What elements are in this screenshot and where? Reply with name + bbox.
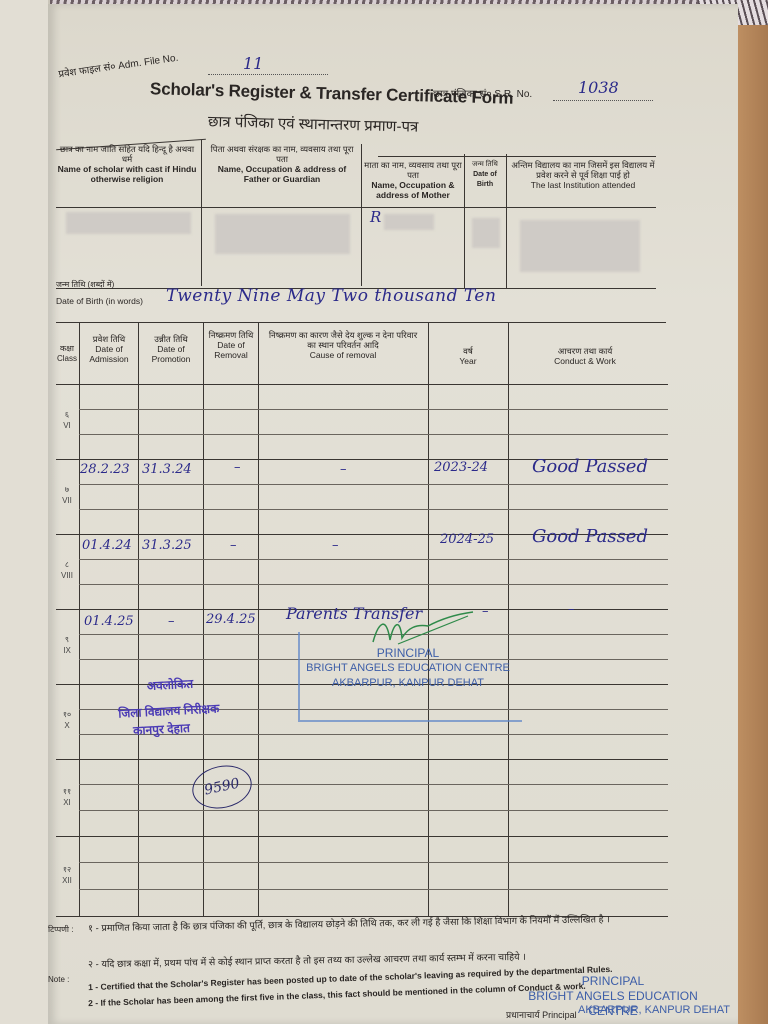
col-last-institution: अन्तिम विद्यालय का नाम जिसमें इस विद्याल… bbox=[510, 160, 656, 190]
principal-sign-label: प्रधानाचार्य Principal bbox=[506, 1008, 577, 1021]
class-label-x: १०X bbox=[52, 709, 82, 731]
vii-cause: – bbox=[340, 462, 347, 477]
col-father: पिता अथवा संरक्षक का नाम, व्यवसाय तथा पू… bbox=[204, 144, 360, 184]
dob-words-label-en: Date of Birth (in words) bbox=[56, 296, 143, 306]
adm-file-dotline bbox=[208, 74, 328, 75]
vii-year: 2023-24 bbox=[434, 460, 488, 475]
col-cause: निष्क्रमण का कारण जैसे देय शुल्क न देना … bbox=[268, 330, 418, 360]
col-mother: माता का नाम, व्यवसाय तथा पूरा पताName, O… bbox=[364, 160, 462, 200]
ix-conduct: – bbox=[568, 602, 575, 617]
class-label-ix: ९IX bbox=[52, 634, 82, 656]
form-title-hi: छात्र पंजिका एवं स्थानान्तरण प्रमाण-पत्र bbox=[208, 111, 419, 136]
vii-conduct: Good Passed bbox=[532, 456, 648, 477]
principal-stamp: PRINCIPAL BRIGHT ANGELS EDUCATION CENTRE… bbox=[300, 646, 516, 691]
principal-stamp-bottom-location: AKBARPUR, KANPUR DEHAT bbox=[578, 1004, 730, 1016]
col-promotion: उन्नीत तिथिDate of Promotion bbox=[140, 334, 202, 364]
notes-label-hi: टिप्पणी : bbox=[48, 924, 73, 936]
sr-value: 1038 bbox=[578, 78, 619, 97]
circled-number: 9590 bbox=[188, 760, 255, 814]
class-label-vii: ७VII bbox=[52, 484, 82, 506]
col-scholar-name: छात्र का नाम जाति सहित यदि हिन्दू है अथव… bbox=[54, 144, 200, 184]
left-page bbox=[0, 0, 50, 1024]
viii-removal: – bbox=[230, 538, 237, 553]
dob-words-label-hi: जन्म तिथि (शब्दों में) bbox=[56, 280, 114, 290]
class-label-viii: ८VIII bbox=[52, 559, 82, 581]
adm-file-label: प्रवेश फाइल सं० Adm. File No. bbox=[58, 54, 179, 81]
col-year: वर्षYear bbox=[430, 346, 506, 366]
register-page: प्रवेश फाइल सं० Adm. File No. 11 छात्र प… bbox=[48, 4, 738, 1024]
vii-removal: – bbox=[234, 460, 241, 475]
col-admission: प्रवेश तिथिDate of Admission bbox=[80, 334, 138, 364]
class-label-xii: १२XII bbox=[52, 864, 82, 886]
ix-promotion: – bbox=[168, 614, 175, 629]
ix-removal: 29.4.25 bbox=[206, 612, 256, 627]
notes-label-en: Note : bbox=[48, 974, 69, 986]
viii-conduct: Good Passed bbox=[532, 526, 648, 547]
viii-year: 2024-25 bbox=[440, 532, 494, 547]
vii-promotion: 31.3.24 bbox=[142, 462, 192, 477]
redacted-last-institution bbox=[520, 220, 640, 272]
form-title-en: Scholar's Register & Transfer Certificat… bbox=[150, 79, 514, 109]
col-class: कक्षाClass bbox=[56, 344, 78, 364]
col-conduct: आचरण तथा कार्यConduct & Work bbox=[510, 346, 660, 366]
principal-signature bbox=[368, 604, 478, 650]
vii-admission: 28.2.23 bbox=[80, 462, 130, 477]
viii-promotion: 31.3.25 bbox=[142, 538, 192, 553]
redacted-mother bbox=[384, 214, 434, 230]
ix-admission: 01.4.25 bbox=[84, 614, 134, 629]
class-label-vi: ६VI bbox=[52, 409, 82, 431]
class-label-xi: ११XI bbox=[52, 786, 82, 808]
redacted-dob bbox=[472, 218, 500, 248]
adm-file-value: 11 bbox=[243, 54, 263, 73]
ix-year: – bbox=[482, 604, 489, 619]
inspector-stamp: अवलोकित जिला विद्यालय निरीक्षक कानपुर दे… bbox=[116, 673, 220, 740]
dob-words-value: Twenty Nine May Two thousand Ten bbox=[166, 286, 496, 306]
viii-admission: 01.4.24 bbox=[82, 538, 132, 553]
mother-initial: R bbox=[370, 208, 381, 226]
redacted-scholar-name bbox=[66, 212, 191, 234]
col-removal: निष्क्रमण तिथिDate of Removal bbox=[205, 330, 257, 360]
redacted-father bbox=[215, 214, 350, 254]
viii-cause: – bbox=[332, 538, 339, 553]
col-dob: जन्म तिथिDate of Birth bbox=[466, 160, 504, 190]
sr-dotline bbox=[553, 100, 653, 101]
